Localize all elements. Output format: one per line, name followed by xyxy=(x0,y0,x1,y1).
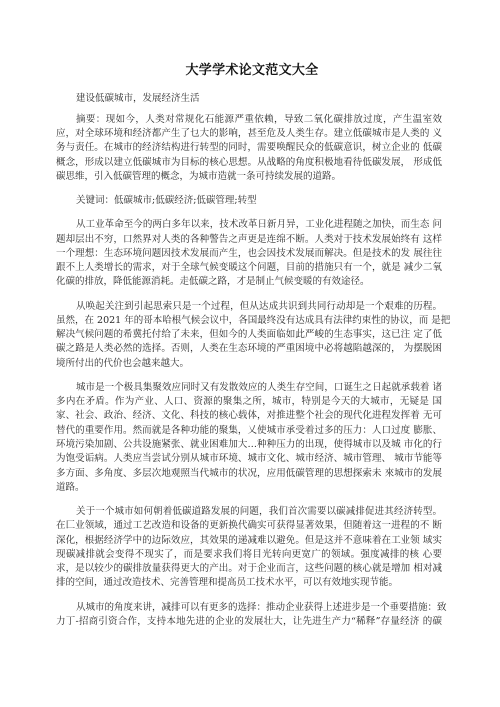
text-line: 从城市的角度来讲，减排可以有更多的选择：推动企业获得上述进步是一个垂要措施：致 xyxy=(56,601,442,615)
text-line: 环境污染加剧、公共设施紧张、就业困难加大…种种压力的出现，使得城市以及城 市化的… xyxy=(56,438,442,452)
body-paragraph: 关于一个城市如何朝着低碳道路发展的问题，我们首次需要以碳减排促进其经济转型。 在… xyxy=(56,505,442,591)
text-line: 务与责任。在城市的经济结构进行转型的同时，需要唤醒民众的低碳意识，树立企业的 低… xyxy=(56,141,442,155)
text-line: 深化，根据经济学中的边际效应，其效果的递减难以避免。但是这并不意味着在工业领 域… xyxy=(56,534,442,548)
text-line: 跟不上人类增长的需求，对于全球气候变暖这个问题，目前的措施只有一个，就是 减少二… xyxy=(56,261,442,275)
text-line: 摘要：现如今，人类对常规化石能源严重依赖，导致二氧化碳排放过度，产生温室效 xyxy=(56,113,442,127)
text-line: 从工业革命至今的两白多年以来，技术改革日新月异，工业化进程随之加快，而生态 问 xyxy=(56,218,442,232)
text-line: 现碳减排就会变得不现实了，而是要求我们将目光转向更宽广的领域。强度减排的核 心要 xyxy=(56,548,442,562)
text-line: 力丁-招商引资合作，支持本地先进的企业的发展壮大，让先进生产力“稀释”存量经济 … xyxy=(56,615,442,629)
text-line: 多内在矛盾。作为产业、人口、资源的聚集之所，城市，特别是今天的大城市，无疑是 国 xyxy=(56,395,442,409)
document-subtitle: 建设低碳城市，发展经济生活 xyxy=(56,92,442,106)
document-body: 建设低碳城市，发展经济生活 摘要：现如今，人类对常规化石能源严重依赖，导致二氧化… xyxy=(56,92,442,629)
keywords-line: 关键词：低碳城市;低碳经济;低碳管理;转型 xyxy=(56,194,442,208)
body-paragraph: 从工业革命至今的两白多年以来，技术改革日新月异，工业化进程随之加快，而生态 问 … xyxy=(56,218,442,289)
abstract-paragraph: 摘要：现如今，人类对常规化石能源严重依赖，导致二氧化碳排放过度，产生温室效 应，… xyxy=(56,113,442,184)
text-line: 解决气候问题的希冀托付给了未来，但如今的人类面临如此严峻的生态事实，这已注 定了… xyxy=(56,328,442,342)
text-line: 为饱受诟病。人类应当尝试分别从城市环境、城市文化、城市经济、城市管理、 城市节能… xyxy=(56,452,442,466)
text-line: 排的空间，通过改造技术、完善管理和提高员工技术水平，可以有效地实现节能。 xyxy=(56,576,442,590)
text-line: 城市是一个极具集聚效应同时又有发散效应的人类生存空间，口诞生之日起就承载着 诸 xyxy=(56,381,442,395)
text-line: 境所付出的代价也会越来越大。 xyxy=(56,357,442,371)
body-paragraph: 从唤起关注到引起思索只是一个过程，但从达成共识到共同行动却是一个艰难的历程。 虽… xyxy=(56,300,442,371)
text-line: 虽然，在 2021 年的哥本哈根气候会议中，各国最终没有达成具有法律约束性的协议… xyxy=(56,314,442,328)
text-line: 道路。 xyxy=(56,481,442,495)
body-paragraph: 城市是一个极具集聚效应同时又有发散效应的人类生存空间，口诞生之日起就承载着 诸 … xyxy=(56,381,442,495)
text-line: 关于一个城市如何朝着低碳道路发展的问题，我们首次需要以碳减排促进其经济转型。 xyxy=(56,505,442,519)
text-line: 从唤起关注到引起思索只是一个过程，但从达成共识到共同行动却是一个艰难的历程。 xyxy=(56,300,442,314)
text-line: 家、社会、政治、经济、文化、科技的核心载体，对推进整个社会的现代化进程发挥着 无… xyxy=(56,409,442,423)
text-line: 一个理想：生态环境问题因技术发展而产生，也会因技术发展而解决。但是技术的发 展往… xyxy=(56,247,442,261)
text-line: 化碳的排放，降低能源消耗。走低碳之路，才是制止气候变暖的有效途径。 xyxy=(56,275,442,289)
text-line: 碳之路是人类必然的选择。否则，人类在生态环境的严重困境中必将越陷越深的， 为摆脱… xyxy=(56,342,442,356)
body-paragraph: 从城市的角度来讲，减排可以有更多的选择：推动企业获得上述进步是一个垂要措施：致 … xyxy=(56,601,442,630)
keywords-paragraph: 关键词：低碳城市;低碳经济;低碳管理;转型 xyxy=(56,194,442,208)
document-title: 大学学术论文范文大全 xyxy=(0,62,500,79)
text-line: 替代的重要作用。然而就是各种功能的聚集，乂使城市承受着过多的压力：人口过度 膨胀… xyxy=(56,424,442,438)
text-line: 在匚业领域，通过工艺改造和设备的更新换代确实可获得显著效果，但随着这一进程的不 … xyxy=(56,519,442,533)
text-line: 多方面、多角度、多层次地观照当代城市的状况，应用低碳管理的思想探索未 來城市的发… xyxy=(56,467,442,481)
text-line: 概念，形成以建立低碳城市为目标的核心思想。从战略的角度积极地看待低碳发展， 形成… xyxy=(56,156,442,170)
text-line: 求，是以较少的碳排放量获得更大的产出。对于企业而言，这些问题的核心就是增加 相对… xyxy=(56,562,442,576)
text-line: 碳思维，引入低碳管理的概念，为城市造就一条可持续发展的道路。 xyxy=(56,170,442,184)
document-page: 大学学术论文范文大全 建设低碳城市，发展经济生活 摘要：现如今，人类对常规化石能… xyxy=(0,0,500,707)
text-line: 应，对全球环境和经济都产生了乜大的影响，甚至危及人类生存。建立低碳城市是人类的 … xyxy=(56,127,442,141)
text-line: 题却层出不穷，口然界对人类的各种警告之声更是连绵不断。人类对于技术发展始终有 这… xyxy=(56,233,442,247)
